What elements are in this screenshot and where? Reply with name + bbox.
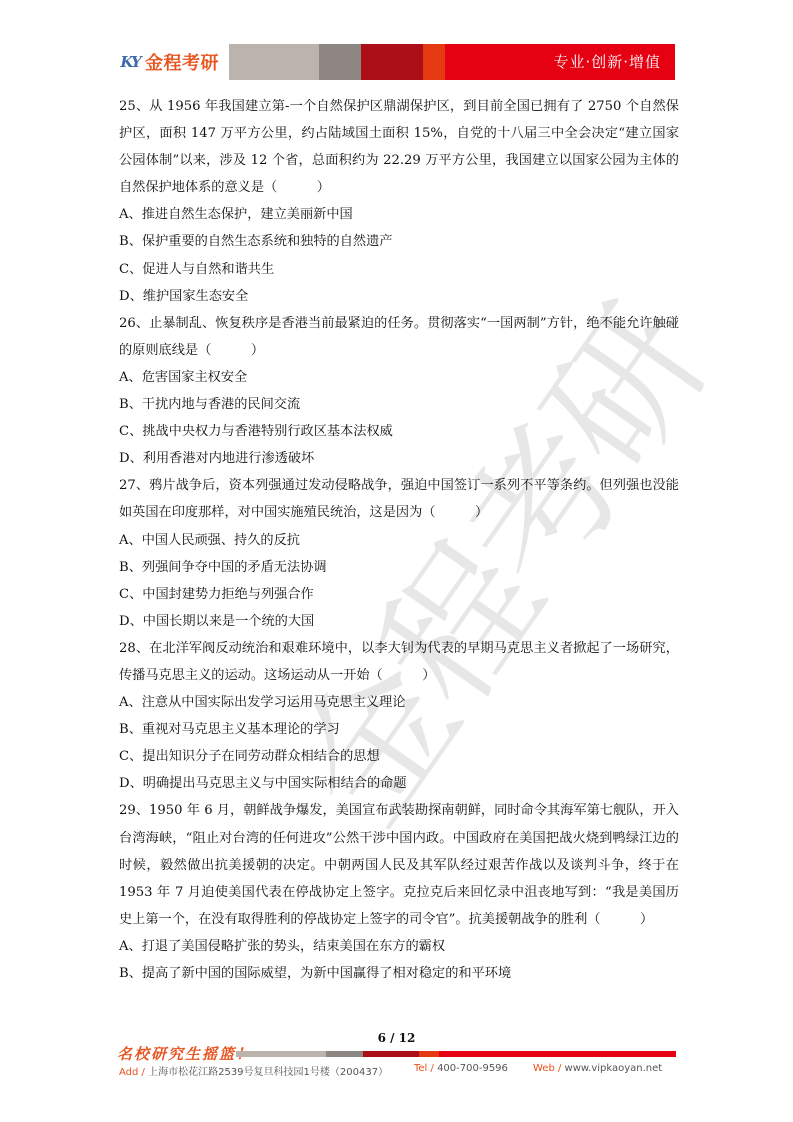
question-stem: 27、鸦片战争后，资本列强通过发动侵略战争，强迫中国签订一系列不平等条约。但列强… bbox=[119, 472, 679, 526]
header-bar-segment bbox=[423, 44, 445, 80]
option-a: A、推进自然生态保护，建立美丽新中国 bbox=[119, 201, 679, 228]
question-29: 29、1950 年 6 月，朝鲜战争爆发，美国宣布武装勘探南朝鲜，同时命令其海军… bbox=[119, 797, 679, 987]
footer-bar-segment bbox=[326, 1051, 363, 1057]
option-b: B、干扰内地与香港的民间交流 bbox=[119, 391, 679, 418]
question-25: 25、从 1956 年我国建立第-一个自然保护区鼎湖保护区，到目前全国已拥有了 … bbox=[119, 93, 679, 310]
option-d: D、明确提出马克思主义与中国实际相结合的命题 bbox=[119, 770, 679, 797]
web-label: Web / bbox=[533, 1063, 561, 1074]
ky-logo-icon: KY bbox=[117, 49, 143, 75]
question-stem: 26、止暴制乱、恢复秩序是香港当前最紧迫的任务。贯彻落实“一国两制”方针，绝不能… bbox=[119, 310, 679, 364]
footer-bar-segment bbox=[419, 1051, 439, 1057]
header-slogan: 专业·创新·增值 bbox=[553, 44, 661, 80]
option-d: D、中国长期以来是一个统的大国 bbox=[119, 608, 679, 635]
footer-phone: Tel / 400-700-9596 bbox=[414, 1063, 508, 1074]
page-header: KY 金程考研 专业·创新·增值 bbox=[117, 44, 675, 80]
footer-bar-segment bbox=[363, 1051, 419, 1057]
footer-bar-segment bbox=[439, 1051, 676, 1057]
footer-website: Web / www.vipkaoyan.net bbox=[533, 1063, 662, 1074]
option-a: A、中国人民顽强、持久的反抗 bbox=[119, 527, 679, 554]
option-c: C、中国封建势力拒绝与列强合作 bbox=[119, 581, 679, 608]
address-label: Add / bbox=[119, 1067, 145, 1078]
option-a: A、危害国家主权安全 bbox=[119, 364, 679, 391]
option-a: A、注意从中国实际出发学习运用马克思主义理论 bbox=[119, 689, 679, 716]
footer-bar-segment bbox=[236, 1051, 326, 1057]
header-bar-segment bbox=[319, 44, 361, 80]
option-b: B、重视对马克思主义基本理论的学习 bbox=[119, 716, 679, 743]
option-c: C、挑战中央权力与香港特别行政区基本法权威 bbox=[119, 418, 679, 445]
footer-address: Add / 上海市松花江路2539号复旦科技园1号楼（200437） bbox=[119, 1063, 388, 1078]
question-stem: 25、从 1956 年我国建立第-一个自然保护区鼎湖保护区，到目前全国已拥有了 … bbox=[119, 93, 679, 201]
option-a: A、打退了美国侵略扩张的势头，结束美国在东方的霸权 bbox=[119, 933, 679, 960]
phone-label: Tel / bbox=[414, 1063, 434, 1074]
brand-logo: KY 金程考研 bbox=[117, 46, 231, 78]
question-27: 27、鸦片战争后，资本列强通过发动侵略战争，强迫中国签订一系列不平等条约。但列强… bbox=[119, 472, 679, 635]
question-stem: 28、在北洋军阀反动统治和艰难环境中，以李大钊为代表的早期马克思主义者掀起了一场… bbox=[119, 635, 679, 689]
header-bar-segment: 专业·创新·增值 bbox=[445, 44, 675, 80]
footer-slogan: 名校研究生摇篮！ bbox=[117, 1043, 253, 1064]
option-d: D、利用香港对内地进行渗透破坏 bbox=[119, 445, 679, 472]
option-c: C、促进人与自然和谐共生 bbox=[119, 256, 679, 283]
question-stem: 29、1950 年 6 月，朝鲜战争爆发，美国宣布武装勘探南朝鲜，同时命令其海军… bbox=[119, 797, 679, 932]
phone-value: 400-700-9596 bbox=[434, 1063, 508, 1074]
question-28: 28、在北洋军阀反动统治和艰难环境中，以李大钊为代表的早期马克思主义者掀起了一场… bbox=[119, 635, 679, 798]
header-bar-segment bbox=[361, 44, 423, 80]
document-body: 25、从 1956 年我国建立第-一个自然保护区鼎湖保护区，到目前全国已拥有了 … bbox=[119, 93, 679, 987]
option-b: B、提高了新中国的国际威望，为新中国赢得了相对稳定的和平环境 bbox=[119, 960, 679, 987]
option-d: D、维护国家生态安全 bbox=[119, 283, 679, 310]
web-value: www.vipkaoyan.net bbox=[561, 1063, 662, 1074]
header-bar-segment bbox=[229, 44, 319, 80]
brand-name: 金程考研 bbox=[145, 49, 219, 75]
option-b: B、列强间争夺中国的矛盾无法协调 bbox=[119, 554, 679, 581]
address-value: 上海市松花江路2539号复旦科技园1号楼（200437） bbox=[145, 1067, 388, 1078]
option-c: C、提出知识分子在同劳动群众相结合的思想 bbox=[119, 743, 679, 770]
option-b: B、保护重要的自然生态系统和独特的自然遗产 bbox=[119, 228, 679, 255]
question-26: 26、止暴制乱、恢复秩序是香港当前最紧迫的任务。贯彻落实“一国两制”方针，绝不能… bbox=[119, 310, 679, 473]
